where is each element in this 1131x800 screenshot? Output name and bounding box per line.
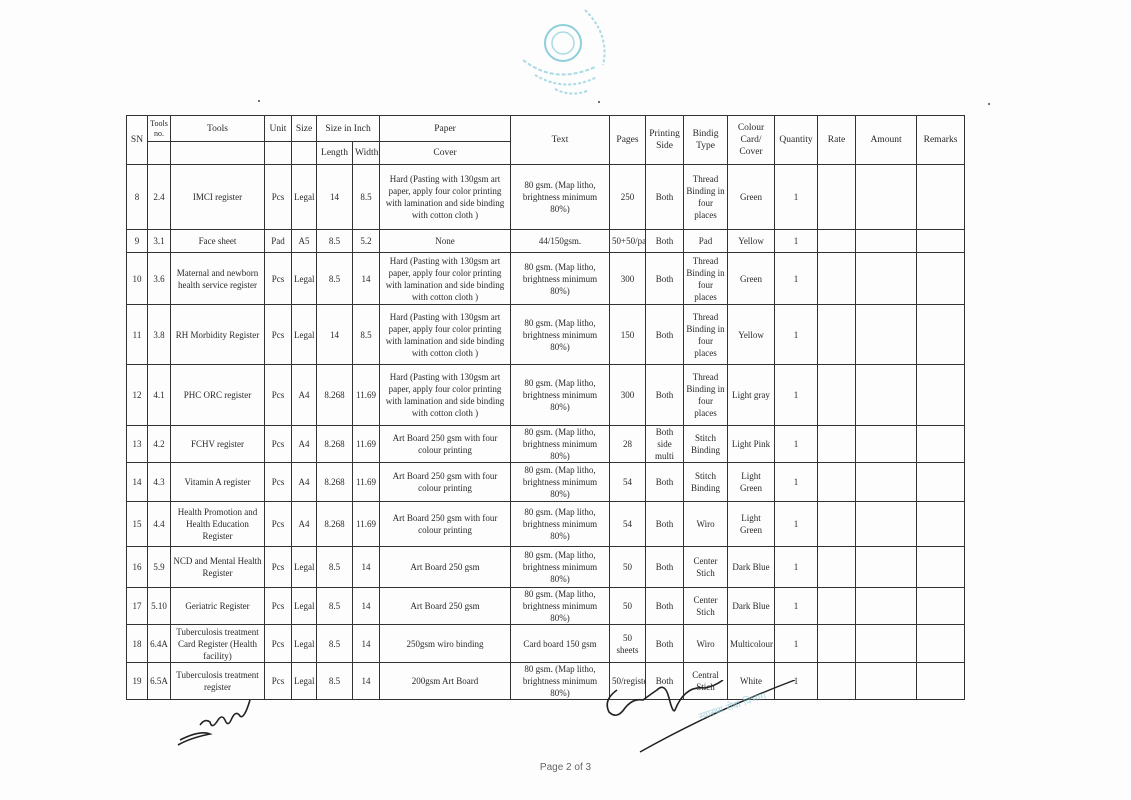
tool-name-cell: Vitamin A register (171, 463, 265, 502)
binding-cell: Stitch Binding (684, 426, 728, 463)
printing-side-cell: Both (646, 165, 684, 230)
width-cell: 8.5 (353, 305, 380, 365)
length-cell: 8.5 (317, 625, 353, 663)
pages-cell: 300 (610, 253, 646, 305)
header-pages: Pages (610, 116, 646, 165)
rate-cell (818, 230, 856, 253)
remarks-cell (917, 365, 965, 426)
tool-name-cell: Face sheet (171, 230, 265, 253)
printing-side-cell: Both (646, 253, 684, 305)
rate-cell (818, 463, 856, 502)
header-size-in-inch: Size in Inch (317, 116, 380, 142)
tool-no-cell: 4.2 (148, 426, 171, 463)
amount-cell (856, 588, 917, 625)
cover-cell: 250gsm wiro binding (380, 625, 511, 663)
width-cell: 5.2 (353, 230, 380, 253)
binding-cell: Stitch Binding (684, 463, 728, 502)
sn-cell: 18 (127, 625, 148, 663)
unit-cell: Pcs (265, 463, 292, 502)
sn-cell: 16 (127, 547, 148, 588)
colour-cell: Dark Blue (728, 547, 775, 588)
amount-cell (856, 165, 917, 230)
header-binding-type: Bindig Type (684, 116, 728, 165)
size-cell: Legal (292, 305, 317, 365)
tool-no-cell: 5.10 (148, 588, 171, 625)
length-cell: 8.5 (317, 663, 353, 700)
tool-name-cell: PHC ORC register (171, 365, 265, 426)
header-blank (265, 142, 292, 165)
sn-cell: 19 (127, 663, 148, 700)
remarks-cell (917, 426, 965, 463)
printing-side-cell: Both side multi (646, 426, 684, 463)
colour-cell: Multicolour (728, 625, 775, 663)
scanned-page: SN Tools no. Tools Unit Size Size in Inc… (0, 0, 1131, 800)
table-row: 113.8RH Morbidity RegisterPcsLegal148.5H… (127, 305, 965, 365)
width-cell: 8.5 (353, 165, 380, 230)
header-paper: Paper (380, 116, 511, 142)
length-cell: 8.268 (317, 463, 353, 502)
table-row: 186.4ATuberculosis treatment Card Regist… (127, 625, 965, 663)
sn-cell: 13 (127, 426, 148, 463)
printing-side-cell: Both (646, 547, 684, 588)
scan-speck (598, 101, 600, 103)
official-stamp-icon (515, 5, 615, 105)
text-cell: 80 gsm. (Map litho, brightness minimum 8… (511, 588, 610, 625)
text-cell: 80 gsm. (Map litho, brightness minimum 8… (511, 502, 610, 547)
table-row: 175.10Geriatric RegisterPcsLegal8.514Art… (127, 588, 965, 625)
quantity-cell: 1 (775, 463, 818, 502)
tool-name-cell: IMCI register (171, 165, 265, 230)
header-width: Width (353, 142, 380, 165)
remarks-cell (917, 463, 965, 502)
header-cover: Cover (380, 142, 511, 165)
length-cell: 8.268 (317, 502, 353, 547)
header-text: Text (511, 116, 610, 165)
tool-name-cell: NCD and Mental Health Register (171, 547, 265, 588)
table-body: 82.4IMCI registerPcsLegal148.5Hard (Past… (127, 165, 965, 700)
pages-cell: 28 (610, 426, 646, 463)
size-cell: Legal (292, 588, 317, 625)
table-row: 144.3Vitamin A registerPcsA48.26811.69Ar… (127, 463, 965, 502)
amount-cell (856, 463, 917, 502)
cover-cell: Hard (Pasting with 130gsm art paper, app… (380, 253, 511, 305)
rate-cell (818, 502, 856, 547)
text-cell: 80 gsm. (Map litho, brightness minimum 8… (511, 365, 610, 426)
unit-cell: Pcs (265, 625, 292, 663)
rate-cell (818, 305, 856, 365)
remarks-cell (917, 305, 965, 365)
table-row: 154.4Health Promotion and Health Educati… (127, 502, 965, 547)
binding-cell: Wiro (684, 502, 728, 547)
cover-cell: None (380, 230, 511, 253)
pages-cell: 300 (610, 365, 646, 426)
binding-cell: Wiro (684, 625, 728, 663)
sn-cell: 8 (127, 165, 148, 230)
tool-name-cell: Maternal and newborn health service regi… (171, 253, 265, 305)
colour-cell: Green (728, 165, 775, 230)
width-cell: 14 (353, 547, 380, 588)
text-cell: Card board 150 gsm (511, 625, 610, 663)
tool-no-cell: 2.4 (148, 165, 171, 230)
pages-cell: 50 sheets (610, 625, 646, 663)
pages-cell: 150 (610, 305, 646, 365)
binding-cell: Pad (684, 230, 728, 253)
size-cell: A4 (292, 426, 317, 463)
header-tools-no: Tools no. (148, 116, 171, 142)
cover-cell: 200gsm Art Board (380, 663, 511, 700)
sn-cell: 17 (127, 588, 148, 625)
binding-cell: Thread Binding in four places (684, 165, 728, 230)
rate-cell (818, 165, 856, 230)
rate-cell (818, 426, 856, 463)
header-unit: Unit (265, 116, 292, 142)
tool-no-cell: 5.9 (148, 547, 171, 588)
printing-side-cell: Both (646, 502, 684, 547)
colour-cell: Light Green (728, 502, 775, 547)
pages-cell: 50 (610, 547, 646, 588)
quantity-cell: 1 (775, 426, 818, 463)
cover-cell: Art Board 250 gsm (380, 588, 511, 625)
cover-cell: Art Board 250 gsm with four colour print… (380, 463, 511, 502)
sn-cell: 14 (127, 463, 148, 502)
remarks-cell (917, 230, 965, 253)
remarks-cell (917, 165, 965, 230)
tool-name-cell: RH Morbidity Register (171, 305, 265, 365)
width-cell: 11.69 (353, 463, 380, 502)
printing-side-cell: Both (646, 625, 684, 663)
width-cell: 14 (353, 588, 380, 625)
size-cell: Legal (292, 625, 317, 663)
unit-cell: Pcs (265, 502, 292, 547)
length-cell: 8.5 (317, 253, 353, 305)
size-cell: A4 (292, 463, 317, 502)
tool-name-cell: FCHV register (171, 426, 265, 463)
quantity-cell: 1 (775, 588, 818, 625)
quantity-cell: 1 (775, 502, 818, 547)
header-sn: SN (127, 116, 148, 165)
length-cell: 8.5 (317, 547, 353, 588)
sn-cell: 10 (127, 253, 148, 305)
header-printing-side: Printing Side (646, 116, 684, 165)
cover-cell: Art Board 250 gsm (380, 547, 511, 588)
table-row: 103.6Maternal and newborn health service… (127, 253, 965, 305)
table-row: 82.4IMCI registerPcsLegal148.5Hard (Past… (127, 165, 965, 230)
tool-name-cell: Tuberculosis treatment Card Register (He… (171, 625, 265, 663)
amount-cell (856, 305, 917, 365)
length-cell: 14 (317, 165, 353, 230)
tool-no-cell: 3.8 (148, 305, 171, 365)
tool-no-cell: 4.3 (148, 463, 171, 502)
width-cell: 11.69 (353, 426, 380, 463)
table-row: 93.1Face sheetPadA58.55.2None44/150gsm.5… (127, 230, 965, 253)
remarks-cell (917, 625, 965, 663)
quantity-cell: 1 (775, 625, 818, 663)
colour-cell: Yellow (728, 230, 775, 253)
header-quantity: Quantity (775, 116, 818, 165)
width-cell: 11.69 (353, 502, 380, 547)
size-cell: A4 (292, 502, 317, 547)
amount-cell (856, 502, 917, 547)
unit-cell: Pcs (265, 426, 292, 463)
remarks-cell (917, 547, 965, 588)
amount-cell (856, 365, 917, 426)
size-cell: Legal (292, 547, 317, 588)
pages-cell: 50+50/pad (610, 230, 646, 253)
colour-cell: Yellow (728, 305, 775, 365)
cover-cell: Hard (Pasting with 130gsm art paper, app… (380, 365, 511, 426)
pages-cell: 54 (610, 502, 646, 547)
width-cell: 14 (353, 625, 380, 663)
remarks-cell (917, 253, 965, 305)
size-cell: Legal (292, 165, 317, 230)
header-colour: Colour Card/ Cover (728, 116, 775, 165)
length-cell: 8.268 (317, 426, 353, 463)
header-blank (148, 142, 171, 165)
scan-speck (988, 103, 990, 105)
quantity-cell: 1 (775, 305, 818, 365)
text-cell: 80 gsm. (Map litho, brightness minimum 8… (511, 547, 610, 588)
amount-cell (856, 547, 917, 588)
size-cell: A4 (292, 365, 317, 426)
length-cell: 8.268 (317, 365, 353, 426)
length-cell: 8.5 (317, 588, 353, 625)
tool-no-cell: 3.6 (148, 253, 171, 305)
page-footer: Page 2 of 3 (0, 762, 1131, 773)
table-row: 134.2FCHV registerPcsA48.26811.69Art Boa… (127, 426, 965, 463)
printing-side-cell: Both (646, 365, 684, 426)
signature-left (170, 690, 270, 750)
length-cell: 14 (317, 305, 353, 365)
items-table: SN Tools no. Tools Unit Size Size in Inc… (126, 115, 965, 700)
header-blank (171, 142, 265, 165)
rate-cell (818, 365, 856, 426)
header-tools: Tools (171, 116, 265, 142)
cover-cell: Art Board 250 gsm with four colour print… (380, 502, 511, 547)
sn-cell: 12 (127, 365, 148, 426)
unit-cell: Pcs (265, 588, 292, 625)
width-cell: 11.69 (353, 365, 380, 426)
binding-cell: Thread Binding in four places (684, 305, 728, 365)
text-cell: 80 gsm. (Map litho, brightness minimum 8… (511, 463, 610, 502)
colour-cell: Dark Blue (728, 588, 775, 625)
quantity-cell: 1 (775, 547, 818, 588)
scan-speck (258, 100, 260, 102)
header-amount: Amount (856, 116, 917, 165)
width-cell: 14 (353, 253, 380, 305)
text-cell: 44/150gsm. (511, 230, 610, 253)
quantity-cell: 1 (775, 165, 818, 230)
size-cell: A5 (292, 230, 317, 253)
tool-no-cell: 6.4A (148, 625, 171, 663)
amount-cell (856, 253, 917, 305)
header-length: Length (317, 142, 353, 165)
printing-side-cell: Both (646, 305, 684, 365)
pages-cell: 54 (610, 463, 646, 502)
colour-cell: Light gray (728, 365, 775, 426)
rate-cell (818, 588, 856, 625)
colour-cell: Light Pink (728, 426, 775, 463)
amount-cell (856, 426, 917, 463)
binding-cell: Center Stich (684, 588, 728, 625)
unit-cell: Pcs (265, 253, 292, 305)
table-row: 124.1PHC ORC registerPcsA48.26811.69Hard… (127, 365, 965, 426)
amount-cell (856, 663, 917, 700)
unit-cell: Pcs (265, 365, 292, 426)
binding-cell: Thread Binding in four places (684, 365, 728, 426)
colour-cell: Light Green (728, 463, 775, 502)
amount-cell (856, 230, 917, 253)
unit-cell: Pcs (265, 305, 292, 365)
width-cell: 14 (353, 663, 380, 700)
length-cell: 8.5 (317, 230, 353, 253)
unit-cell: Pad (265, 230, 292, 253)
tool-no-cell: 4.1 (148, 365, 171, 426)
size-cell: Legal (292, 663, 317, 700)
cover-cell: Hard (Pasting with 130gsm art paper, app… (380, 165, 511, 230)
sn-cell: 9 (127, 230, 148, 253)
sn-cell: 11 (127, 305, 148, 365)
quantity-cell: 1 (775, 365, 818, 426)
quantity-cell: 1 (775, 253, 818, 305)
remarks-cell (917, 502, 965, 547)
pages-cell: 250 (610, 165, 646, 230)
remarks-cell (917, 663, 965, 700)
tool-name-cell: Health Promotion and Health Education Re… (171, 502, 265, 547)
size-cell: Legal (292, 253, 317, 305)
colour-cell: Green (728, 253, 775, 305)
rate-cell (818, 663, 856, 700)
tool-no-cell: 3.1 (148, 230, 171, 253)
rate-cell (818, 547, 856, 588)
table-row: 165.9NCD and Mental Health RegisterPcsLe… (127, 547, 965, 588)
printing-side-cell: Both (646, 588, 684, 625)
tool-name-cell: Geriatric Register (171, 588, 265, 625)
binding-cell: Thread Binding in four places (684, 253, 728, 305)
rate-cell (818, 625, 856, 663)
rate-cell (818, 253, 856, 305)
pages-cell: 50 (610, 588, 646, 625)
header-rate: Rate (818, 116, 856, 165)
printing-side-cell: Both (646, 230, 684, 253)
tool-no-cell: 4.4 (148, 502, 171, 547)
text-cell: 80 gsm. (Map litho, brightness minimum 8… (511, 165, 610, 230)
cover-cell: Art Board 250 gsm with four colour print… (380, 426, 511, 463)
header-size: Size (292, 116, 317, 142)
unit-cell: Pcs (265, 165, 292, 230)
unit-cell: Pcs (265, 547, 292, 588)
header-blank (292, 142, 317, 165)
cover-cell: Hard (Pasting with 130gsm art paper, app… (380, 305, 511, 365)
text-cell: 80 gsm. (Map litho, brightness minimum 8… (511, 305, 610, 365)
text-cell: 80 gsm. (Map litho, brightness minimum 8… (511, 426, 610, 463)
header-remarks: Remarks (917, 116, 965, 165)
text-cell: 80 gsm. (Map litho, brightness minimum 8… (511, 253, 610, 305)
remarks-cell (917, 588, 965, 625)
printing-side-cell: Both (646, 463, 684, 502)
tool-no-cell: 6.5A (148, 663, 171, 700)
binding-cell: Center Stich (684, 547, 728, 588)
amount-cell (856, 625, 917, 663)
sn-cell: 15 (127, 502, 148, 547)
quantity-cell: 1 (775, 230, 818, 253)
